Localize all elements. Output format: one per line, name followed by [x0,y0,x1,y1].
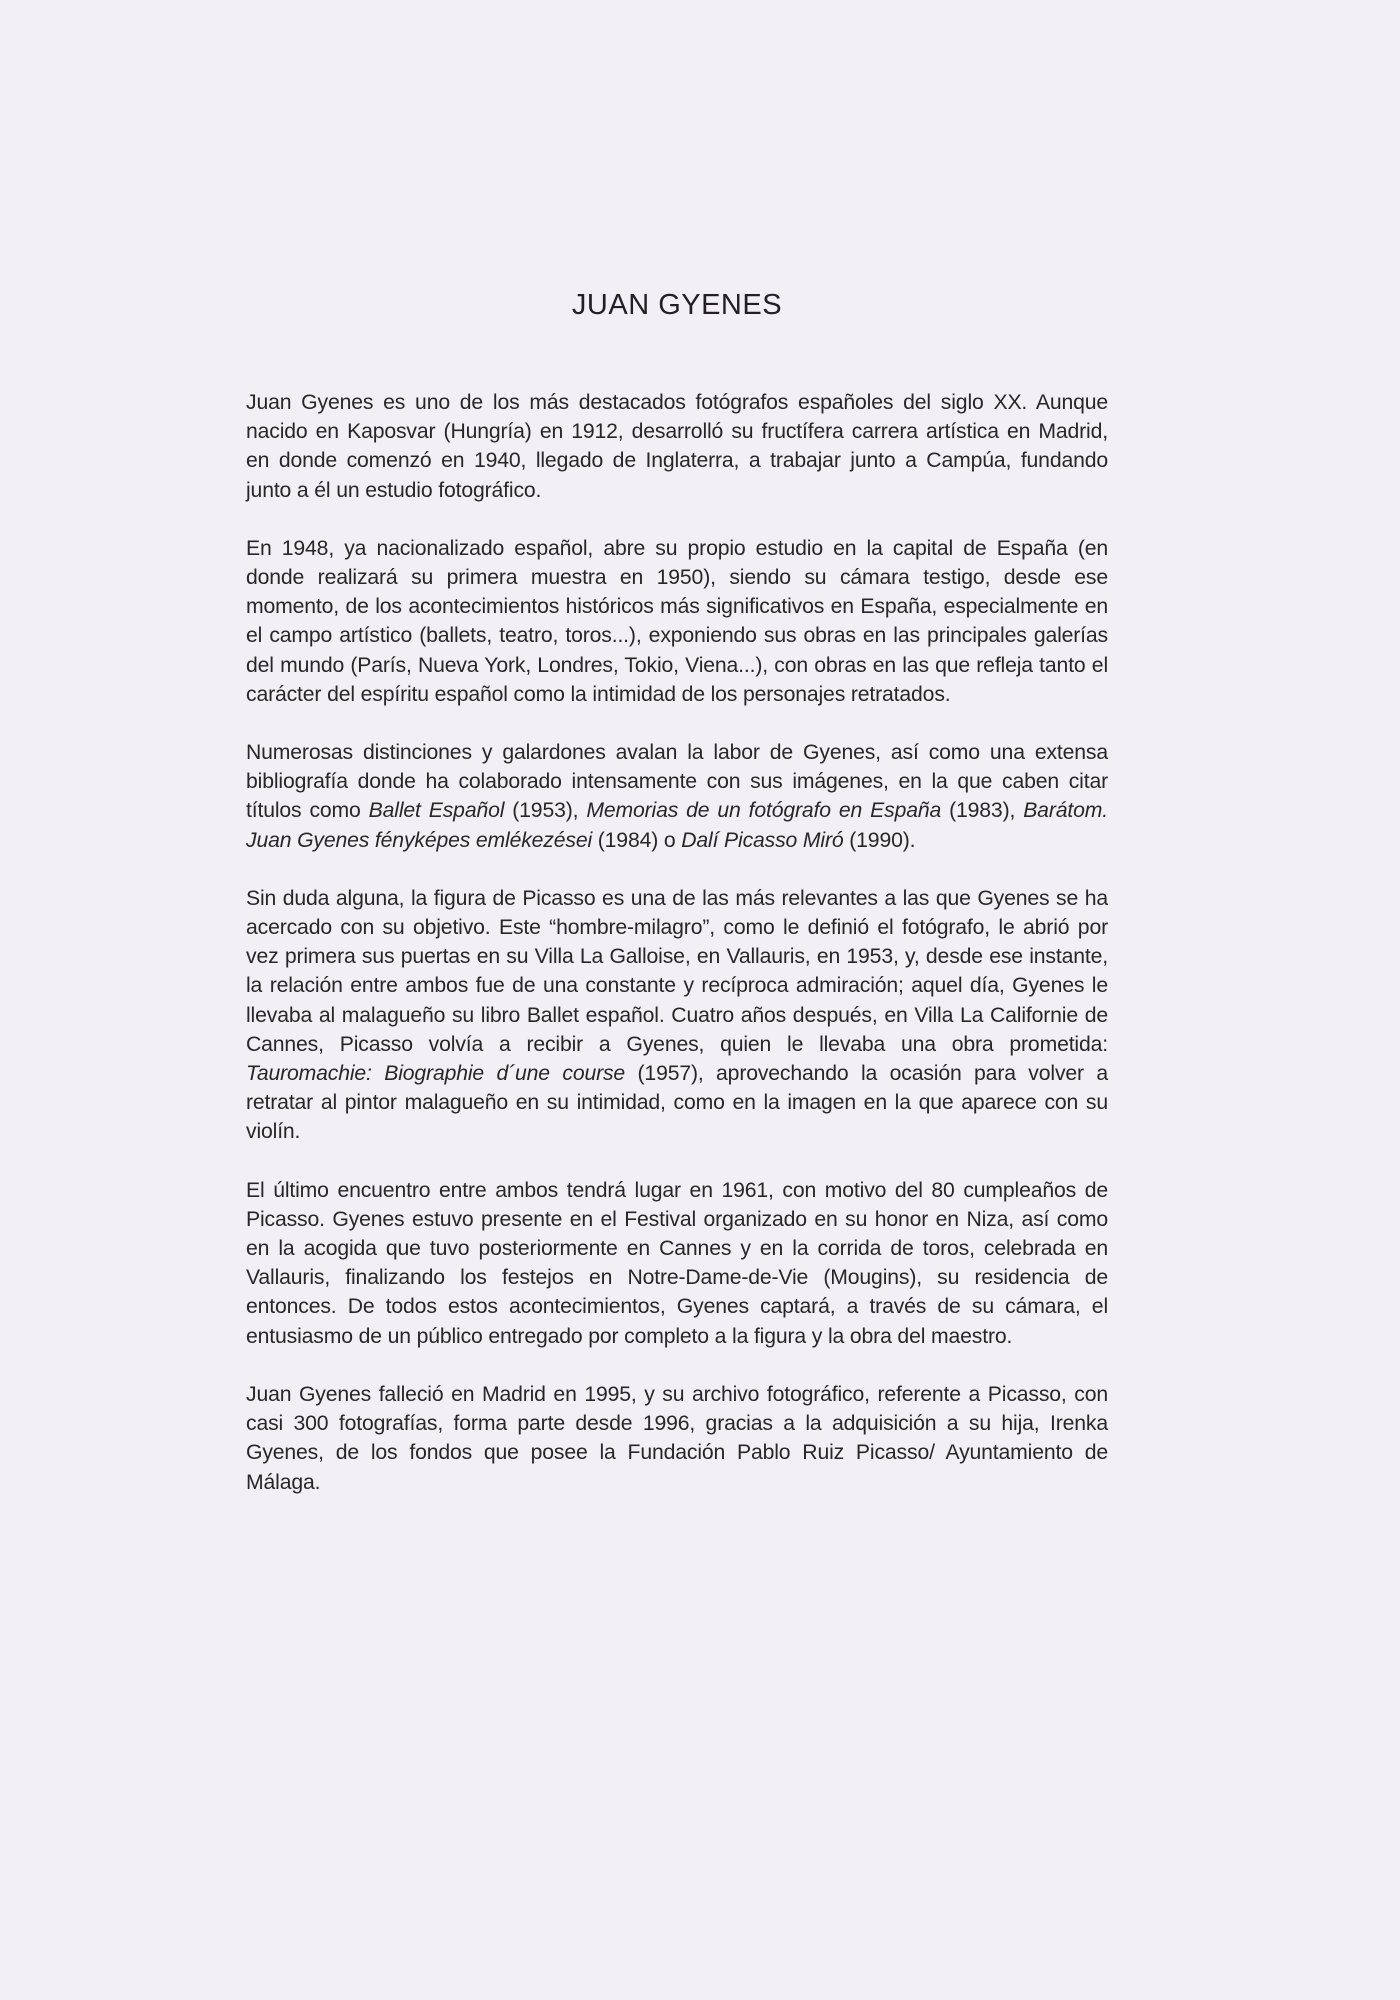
paragraph-text: (1984) o [592,829,681,852]
paragraph-text: (1983), [941,799,1023,822]
paragraph-picasso: Sin duda alguna, la figura de Picasso es… [246,884,1108,1147]
paragraph-intro: Juan Gyenes es uno de los más destacados… [246,388,1108,505]
italic-title-text: Dalí Picasso Miró [681,829,843,852]
paragraph-text: (1953), [504,799,586,822]
paragraph-text: Sin duda alguna, la figura de Picasso es… [246,887,1108,1056]
italic-title-text: Tauromachie: Biographie d´une course [246,1062,625,1085]
paragraph-text: (1990). [844,829,916,852]
paragraph-text: Juan Gyenes falleció en Madrid en 1995, … [246,1383,1108,1494]
document-body: Juan Gyenes es uno de los más destacados… [246,388,1108,1526]
paragraph-text: En 1948, ya nacionalizado español, abre … [246,537,1108,706]
paragraph-studio: En 1948, ya nacionalizado español, abre … [246,534,1108,709]
page-title: JUAN GYENES [246,289,1108,322]
paragraph-text: El último encuentro entre ambos tendrá l… [246,1179,1108,1348]
paragraph-bibliography: Numerosas distinciones y galardones aval… [246,738,1108,855]
paragraph-text: Juan Gyenes es uno de los más destacados… [246,391,1108,502]
italic-title-text: Memorias de un fotógrafo en España [586,799,941,822]
italic-title-text: Ballet Español [369,799,505,822]
paragraph-last-encounter: El último encuentro entre ambos tendrá l… [246,1176,1108,1351]
paragraph-archive: Juan Gyenes falleció en Madrid en 1995, … [246,1380,1108,1497]
